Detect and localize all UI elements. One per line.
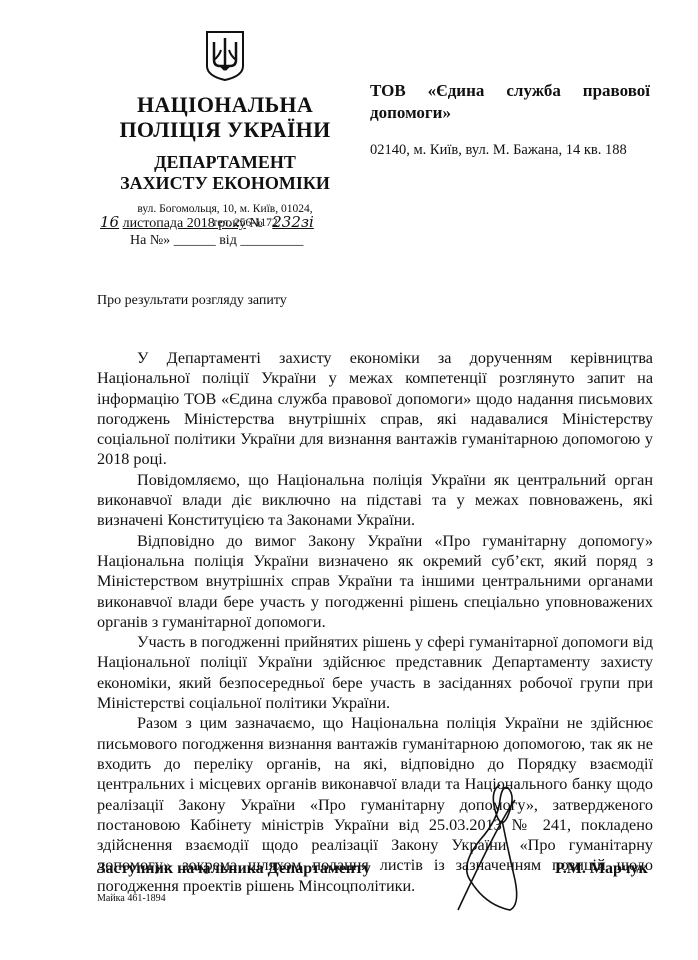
ref-label: На №» <box>130 233 170 248</box>
body-paragraph: Відповідно до вимог Закону України «Про … <box>97 531 653 632</box>
reg-number-label: № <box>249 216 262 231</box>
signatory-title: Заступник начальника Департаменту <box>97 860 371 878</box>
org-name-line2: ПОЛІЦІЯ УКРАЇНИ <box>90 117 360 142</box>
body-paragraph: Повідомляємо, що Національна поліція Укр… <box>97 470 653 531</box>
registration-line: 16 листопада 2018 року № 232зі <box>100 213 332 232</box>
reg-number: 232зі <box>266 213 332 231</box>
signatory-name: Р.М. Марчук <box>555 860 648 878</box>
recipient-name: ТОВ «Єдина служба правової допомоги» <box>370 80 650 124</box>
reg-month-year: листопада 2018 року <box>123 216 246 231</box>
handwritten-signature-icon <box>440 780 560 915</box>
trident-emblem-icon <box>205 30 245 82</box>
executor-note: Майка 461-1894 <box>97 893 166 904</box>
subject-line: Про результати розгляду запиту <box>97 293 287 309</box>
letterhead: НАЦІОНАЛЬНА ПОЛІЦІЯ УКРАЇНИ ДЕПАРТАМЕНТ … <box>90 20 360 230</box>
body-paragraph: Участь в погодженні прийнятих рішень у с… <box>97 632 653 713</box>
from-label: від <box>219 233 237 248</box>
dept-name-line1: ДЕПАРТАМЕНТ <box>90 152 360 173</box>
org-name-line1: НАЦІОНАЛЬНА <box>90 92 360 117</box>
recipient-address: 02140, м. Київ, вул. М. Бажана, 14 кв. 1… <box>370 142 650 159</box>
from-blank: _________ <box>240 233 303 248</box>
reference-line: На №» ______ від _________ <box>130 233 303 249</box>
dept-name-line2: ЗАХИСТУ ЕКОНОМІКИ <box>90 173 360 194</box>
recipient-block: ТОВ «Єдина служба правової допомоги» 021… <box>370 80 650 159</box>
ref-blank: ______ <box>174 233 216 248</box>
reg-day: 16 <box>100 213 119 231</box>
body-paragraph: У Департаменті захисту економіки за дору… <box>97 348 653 470</box>
letter-body: У Департаменті захисту економіки за дору… <box>97 348 653 896</box>
